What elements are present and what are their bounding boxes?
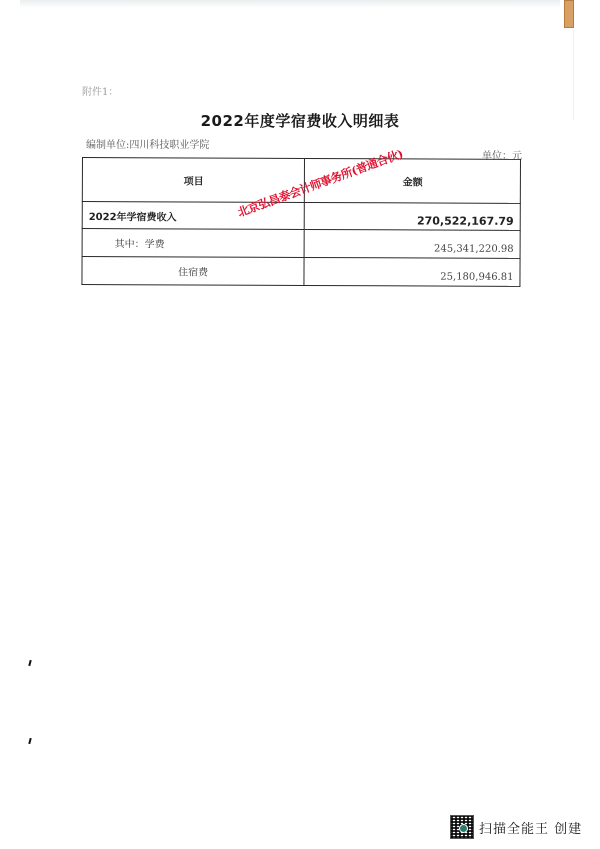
table-row: 其中：学费 245,341,220.98	[82, 229, 520, 259]
income-table: 项目 金额 2022年学宿费收入 270,522,167.79 其中：学费 24…	[81, 157, 521, 287]
row-amount: 245,341,220.98	[304, 229, 520, 258]
row-amount: 270,522,167.79	[305, 202, 521, 230]
row-amount: 25,180,946.81	[304, 257, 520, 286]
qr-code-icon	[450, 815, 474, 839]
page-edge	[573, 30, 574, 120]
attachment-label: 附件1：	[82, 83, 118, 98]
org-label: 编制单位:四川科技职业学院	[86, 136, 209, 151]
scan-edge-shadow	[20, 0, 560, 8]
row-item: 住宿费	[82, 257, 305, 286]
table-row: 住宿费 25,180,946.81	[82, 257, 520, 287]
scan-mark	[28, 660, 31, 666]
document-title: 2022年度学宿费收入明细表	[0, 110, 600, 131]
table-row: 2022年学宿费收入 270,522,167.79	[82, 202, 520, 231]
scanner-watermark: 扫描全能王 创建	[450, 815, 582, 839]
scan-mark	[28, 738, 31, 744]
row-item: 其中：学费	[82, 229, 305, 258]
tape-mark	[564, 0, 574, 28]
watermark-text: 扫描全能王 创建	[479, 818, 582, 837]
